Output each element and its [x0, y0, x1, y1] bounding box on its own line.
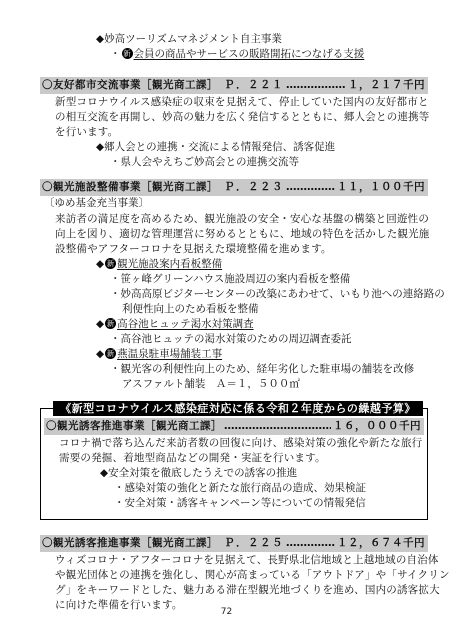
item-text: 会員の商品やサービスの販路開拓につなげる支援 — [134, 48, 365, 60]
dot-item: ・笹ヶ峰グリーンハウス施設周辺の案内看板を整備 — [110, 272, 428, 287]
section-amount: １６，０００千円 — [333, 419, 421, 434]
dot-item: ・高谷池ヒュッテの渇水対策のための周辺調査委託 — [110, 332, 428, 347]
diamond-bullet: ◆ — [96, 258, 104, 270]
dotted-leader: …………………………………………………………………………………… — [286, 78, 346, 93]
diamond-bullet: ◆ — [96, 318, 104, 330]
diamond-item: ◆安全対策を徹底したうえでの誘客の推進 — [100, 466, 424, 481]
dot-bullet: ・ — [110, 333, 121, 345]
dot-bullet: ・ — [114, 497, 125, 509]
section-kanko-yukaku: 〇観光誘客推進事業［観光商工課］ Ｐ．２２５ ……………………………………………… — [40, 535, 428, 613]
page-number: 72 — [0, 605, 453, 620]
diamond-item: ◆妙高ツーリズムマネジメント自主事業 — [96, 32, 428, 47]
section-kanko-shisetsu: 〇観光施設整備事業［観光商工課］ Ｐ．２２３ ……………………………………………… — [40, 179, 428, 392]
covid-carryover-box: 《新型コロナウイルス感染症対応に係る令和２年度からの繰越予算》 〇観光誘客推進事… — [40, 408, 428, 520]
section-header: 〇観光誘客推進事業［観光商工課］ ……………………………………………………………… — [44, 418, 424, 435]
body-line: 新型コロナウイルス感染症の収束を見据えて、停止していた国内の友好都市と — [55, 95, 428, 110]
section-amount: １１，１００千円 — [337, 180, 425, 195]
dot-bullet: ・ — [110, 156, 121, 168]
fund-note: 〔ゆめ基金充当事業〕 — [44, 196, 428, 211]
section-body: 新型コロナウイルス感染症の収束を見据えて、停止していた国内の友好都市と の相互交… — [55, 95, 428, 140]
body-line: の相互交流を再開し、妙高の魅力を広く発信するとともに、郷人会との連携等 — [55, 110, 428, 125]
section-header: 〇観光誘客推進事業［観光商工課］ Ｐ．２２５ ……………………………………………… — [40, 535, 428, 552]
dot-item-continuation: アスファルト舗装 Ａ＝１，５００㎡ — [122, 377, 428, 392]
section-amount: １２，６７４千円 — [337, 536, 425, 551]
section-kanko-yukaku-carryover: 〇観光誘客推進事業［観光商工課］ ……………………………………………………………… — [44, 418, 424, 511]
diamond-bullet: ◆ — [96, 348, 104, 360]
diamond-item: ◆新燕温泉駐車場舗装工事 — [96, 347, 428, 362]
body-line: 需要の発掘、着地型商品などの開発・実証を行います。 — [59, 451, 424, 466]
covid-banner: 《新型コロナウイルス感染症対応に係る令和２年度からの繰越予算》 — [53, 401, 423, 416]
item-text: 安全対策・誘客キャンペーン等についての情報発信 — [125, 497, 366, 509]
dot-bullet: ・ — [110, 288, 121, 300]
item-text: 高谷池ヒュッテの渇水対策のための周辺調査委託 — [121, 333, 352, 345]
new-marker-icon: 新 — [105, 258, 116, 269]
dot-item: ・安全対策・誘客キャンペーン等についての情報発信 — [114, 496, 424, 511]
dot-item: ・妙高高原ビジターセンターの改築にあわせて、いもり池への連絡路の — [110, 287, 428, 302]
section-body: 来訪者の満足度を高めるため、観光施設の安全・安心な基盤の構築と回遊性の 向上を図… — [55, 212, 428, 257]
item-text: 安全対策を徹底したうえでの誘客の推進 — [108, 467, 297, 479]
intro-block: ◆妙高ツーリズムマネジメント自主事業 ・新会員の商品やサービスの販路開拓につなげ… — [40, 32, 428, 62]
item-text: 妙高高原ビジターセンターの改築にあわせて、いもり池への連絡路の — [121, 288, 445, 300]
item-text: 観光客の利便性向上のため、経年劣化した駐車場の舗装を改修 — [121, 363, 415, 375]
dot-item-continuation: 利便性向上のため看板を整備 — [122, 302, 428, 317]
section-yuko-toshi: 〇友好都市交流事業［観光商工課］ Ｐ．２２１ ……………………………………………… — [40, 77, 428, 170]
section-title: 〇観光施設整備事業［観光商工課］ — [42, 180, 218, 195]
item-text: 県人会やえちご妙高会との連携交流等 — [121, 156, 300, 168]
diamond-bullet: ◆ — [100, 467, 108, 479]
body-line: コロナ禍で落ち込んだ来訪者数の回復に向け、感染対策の強化や新たな旅行 — [59, 436, 424, 451]
section-header: 〇観光施設整備事業［観光商工課］ Ｐ．２２３ ……………………………………………… — [40, 179, 428, 196]
item-title: 燕温泉駐車場舗装工事 — [117, 348, 222, 360]
body-line: ウィズコロナ・アフターコロナを見据えて、長野県北信地域と上越地域の自治体 — [55, 553, 428, 568]
section-body: コロナ禍で落ち込んだ来訪者数の回復に向け、感染対策の強化や新たな旅行 需要の発掘… — [59, 436, 424, 466]
dot-bullet: ・ — [114, 482, 125, 494]
dot-item: ・感染対策の強化と新たな旅行商品の造成、効果検証 — [114, 481, 424, 496]
diamond-item: ◆新観光施設案内看板整備 — [96, 257, 428, 272]
new-marker-icon: 新 — [105, 318, 116, 329]
new-marker-icon: 新 — [105, 348, 116, 359]
body-line: 設整備やアフターコロナを見据えた環境整備を進めます。 — [55, 242, 428, 257]
section-title: 〇友好都市交流事業［観光商工課］ — [42, 78, 218, 93]
body-line: グ」をキーワードとした、魅力ある滞在型観光地づくりを進め、国内の誘客拡大 — [55, 583, 428, 598]
dot-bullet: ・ — [110, 273, 121, 285]
dot-item: ・新会員の商品やサービスの販路開拓につなげる支援 — [110, 47, 428, 62]
item-title: 高谷池ヒュッテ渇水対策調査 — [117, 318, 254, 330]
diamond-item: ◆新高谷池ヒュッテ渇水対策調査 — [96, 317, 428, 332]
section-title: 〇観光誘客推進事業［観光商工課］ — [42, 536, 218, 551]
diamond-item: ◆郷人会との連携・交流による情報発信、誘客促進 — [96, 140, 428, 155]
dot-item: ・観光客の利便性向上のため、経年劣化した駐車場の舗装を改修 — [110, 362, 428, 377]
document-page: ◆妙高ツーリズムマネジメント自主事業 ・新会員の商品やサービスの販路開拓につなげ… — [0, 0, 453, 640]
section-title: 〇観光誘客推進事業［観光商工課］ — [46, 419, 222, 434]
new-marker-icon: 新 — [122, 48, 133, 59]
section-amount: １，２１７千円 — [348, 78, 425, 93]
section-body: ウィズコロナ・アフターコロナを見据えて、長野県北信地域と上越地域の自治体 や観光… — [55, 553, 428, 613]
item-title: 観光施設案内看板整備 — [117, 258, 222, 270]
dot-item: ・県人会やえちご妙高会との連携交流等 — [110, 155, 428, 170]
section-page-ref: Ｐ．２２１ — [224, 78, 284, 93]
section-page-ref: Ｐ．２２３ — [224, 180, 284, 195]
dot-bullet: ・ — [110, 48, 121, 60]
item-text: 感染対策の強化と新たな旅行商品の造成、効果検証 — [125, 482, 367, 494]
dot-bullet: ・ — [110, 363, 121, 375]
item-text: 妙高ツーリズムマネジメント自主事業 — [104, 33, 282, 45]
section-page-ref: Ｐ．２２５ — [224, 536, 284, 551]
diamond-bullet: ◆ — [96, 141, 104, 153]
dotted-leader: …………………………………………………………………………………… — [286, 180, 335, 195]
body-line: や観光団体との連携を強化し、関心が高まっている「アウトドア」や「サイクリン — [55, 568, 428, 583]
dotted-leader: …………………………………………………………………………………… — [224, 419, 331, 434]
section-header: 〇友好都市交流事業［観光商工課］ Ｐ．２２１ ……………………………………………… — [40, 77, 428, 94]
dotted-leader: …………………………………………………………………………………… — [286, 536, 335, 551]
body-line: 向上を図り、適切な管理運営に努めるとともに、地域の特色を活かした観光施 — [55, 227, 428, 242]
item-text: 笹ヶ峰グリーンハウス施設周辺の案内看板を整備 — [121, 273, 351, 285]
body-line: 来訪者の満足度を高めるため、観光施設の安全・安心な基盤の構築と回遊性の — [55, 212, 428, 227]
diamond-bullet: ◆ — [96, 33, 104, 45]
item-text: 郷人会との連携・交流による情報発信、誘客促進 — [104, 141, 335, 153]
body-line: を行います。 — [55, 125, 428, 140]
